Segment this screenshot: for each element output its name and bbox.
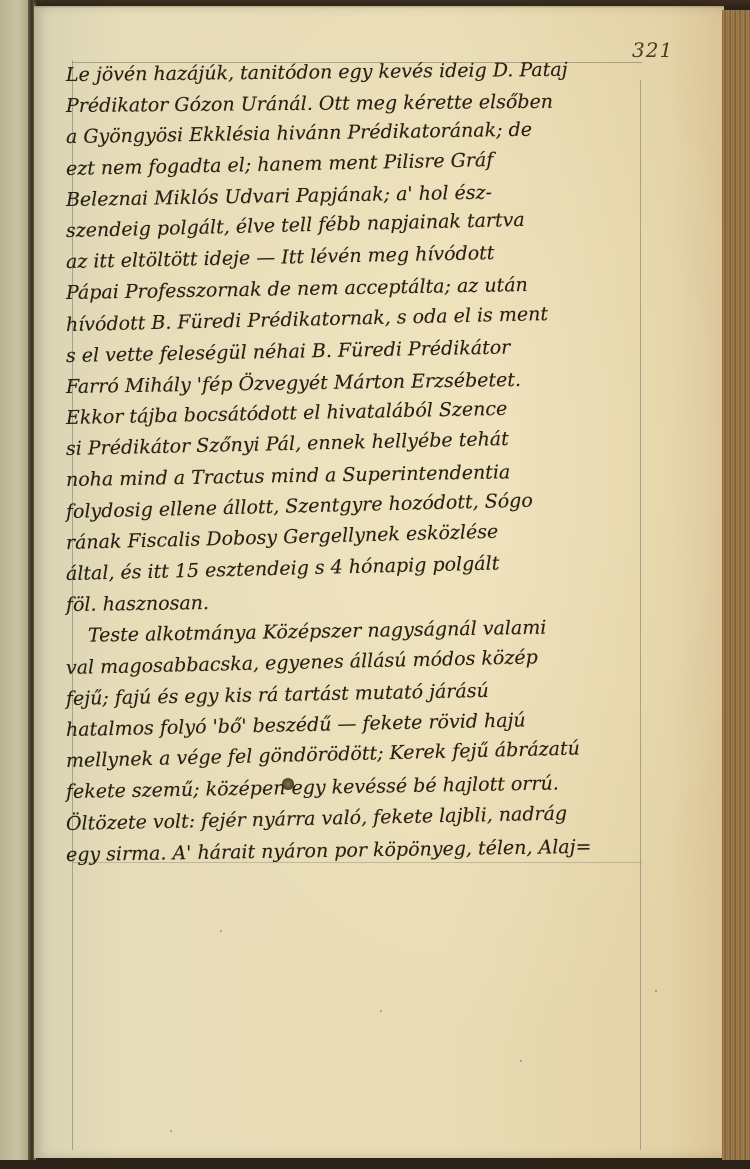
paper-speck (520, 1060, 522, 1062)
top-shadow (34, 0, 750, 8)
stacked-page-edges (722, 10, 750, 1160)
paper-speck (380, 1010, 382, 1012)
paper-speck (170, 1130, 172, 1132)
paper-speck (220, 930, 222, 932)
paper-speck (655, 990, 657, 992)
handwritten-text-block: Le jövén hazájúk, tanitódon egy kevés id… (66, 60, 666, 871)
ink-blot (282, 778, 294, 790)
previous-page-edge (0, 0, 30, 1160)
manuscript-scan: 321 Le jövén hazájúk, tanitódon egy kevé… (0, 0, 750, 1169)
